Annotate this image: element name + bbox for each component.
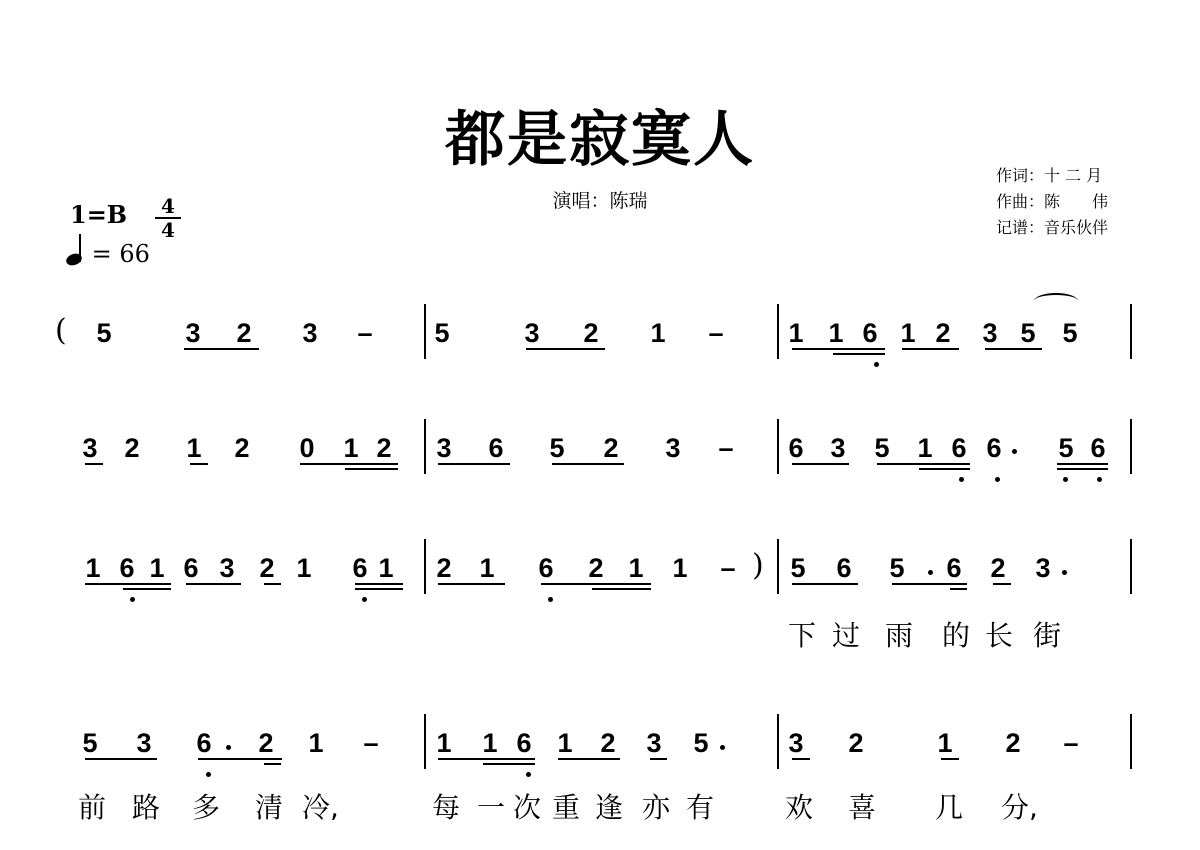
note: 6 (348, 553, 372, 583)
barline (777, 419, 779, 474)
sixteenth-underline (833, 353, 885, 355)
eighth-underline (877, 463, 970, 465)
sixteenth-underline (264, 763, 281, 765)
barline (777, 714, 779, 769)
low-octave-dot (548, 597, 553, 602)
time-signature: 4 4 (155, 196, 181, 240)
eighth-underline (355, 583, 403, 585)
sixteenth-underline (483, 763, 535, 765)
sustain-dash: – (1059, 728, 1083, 758)
note: 2 (230, 433, 254, 463)
note: 1 (553, 728, 577, 758)
sustain-dash: – (359, 728, 383, 758)
lyric-char: 前 (78, 792, 106, 824)
lyric-char: 雨 (885, 620, 913, 652)
sustain-dash: – (714, 433, 738, 463)
note: 5 (545, 433, 569, 463)
lyric-char: 有 (686, 792, 714, 824)
note: 1 (478, 728, 502, 758)
eighth-underline (558, 758, 620, 760)
lyric-char: 每 (432, 792, 460, 824)
note: 1 (933, 728, 957, 758)
note: 3 (978, 318, 1002, 348)
lyric-char: 分, (1001, 792, 1038, 824)
note: 6 (534, 553, 558, 583)
note: 5 (430, 318, 454, 348)
eighth-underline (902, 348, 959, 350)
note: 1 (784, 318, 808, 348)
note: 5 (689, 728, 713, 758)
eighth-underline (300, 463, 398, 465)
note: 5 (870, 433, 894, 463)
eighth-underline (190, 463, 208, 465)
note: 2 (120, 433, 144, 463)
lyric-char: 重 (552, 792, 580, 824)
note: 2 (432, 553, 456, 583)
note: 6 (784, 433, 808, 463)
note: 6 (512, 728, 536, 758)
sustain-dash: – (704, 318, 728, 348)
note: 1 (475, 553, 499, 583)
composer-credit: 作曲：陈 伟 (996, 189, 1108, 215)
note: 1 (182, 433, 206, 463)
note: 2 (579, 318, 603, 348)
eighth-underline (993, 583, 1011, 585)
sixteenth-underline (919, 468, 970, 470)
note: 6 (832, 553, 856, 583)
lyric-char: 多 (192, 792, 220, 824)
note: 1 (374, 553, 398, 583)
lyric-char: 喜 (848, 792, 876, 824)
barline (424, 714, 426, 769)
sixteenth-underline (950, 588, 967, 590)
note: 2 (584, 553, 608, 583)
note: 3 (132, 728, 156, 758)
note: 3 (661, 433, 685, 463)
note: 3 (298, 318, 322, 348)
barline (424, 539, 426, 594)
quarter-note-icon (66, 238, 84, 268)
eighth-underline (438, 463, 510, 465)
low-octave-dot (206, 772, 211, 777)
lyric-char: 欢 (785, 792, 813, 824)
augmentation-dot (1012, 449, 1017, 454)
eighth-underline (941, 758, 959, 760)
note: 1 (624, 553, 648, 583)
lyric-char: 过 (832, 620, 860, 652)
note: 1 (145, 553, 169, 583)
eighth-underline (792, 463, 849, 465)
lyric-char: 下 (788, 620, 816, 652)
tempo-marking: = 66 (66, 238, 150, 268)
lyric-char: 街 (1033, 620, 1061, 652)
augmentation-dot (720, 745, 725, 750)
low-octave-dot (1097, 477, 1102, 482)
sustain-dash: – (353, 318, 377, 348)
note: 1 (81, 553, 105, 583)
note: 1 (824, 318, 848, 348)
note: 5 (92, 318, 116, 348)
barline (1130, 539, 1132, 594)
eighth-underline (892, 583, 967, 585)
note: 3 (520, 318, 544, 348)
low-octave-dot (362, 597, 367, 602)
low-octave-dot (959, 477, 964, 482)
lyric-char: 冷, (302, 792, 339, 824)
note: 3 (181, 318, 205, 348)
credits-block: 作词：十 二 月 作曲：陈 伟 记谱：音乐伙伴 (996, 163, 1108, 241)
tie-slur (1034, 293, 1078, 309)
eighth-underline (792, 758, 810, 760)
eighth-underline (1057, 463, 1108, 465)
note: 5 (885, 553, 909, 583)
note: 2 (596, 728, 620, 758)
note: 6 (179, 553, 203, 583)
note: 6 (858, 318, 882, 348)
lyric-char: 亦 (642, 792, 670, 824)
low-octave-dot (130, 597, 135, 602)
eighth-underline (792, 348, 885, 350)
eighth-underline (184, 348, 259, 350)
barline (777, 539, 779, 594)
note: 1 (896, 318, 920, 348)
augmentation-dot (226, 745, 231, 750)
note: 2 (599, 433, 623, 463)
lyric-char: 次 (513, 792, 541, 824)
note: 6 (484, 433, 508, 463)
tempo-value: = 66 (92, 240, 150, 268)
barline (424, 304, 426, 359)
key-signature: 1=B (70, 200, 127, 229)
note: 6 (1086, 433, 1110, 463)
eighth-underline (650, 758, 667, 760)
note: 3 (1031, 553, 1055, 583)
barline (777, 304, 779, 359)
eighth-underline (552, 463, 624, 465)
note: 1 (913, 433, 937, 463)
lyric-char: 路 (132, 792, 160, 824)
sixteenth-underline (355, 588, 403, 590)
augmentation-dot (1062, 570, 1067, 575)
note: 0 (295, 433, 319, 463)
note: 5 (78, 728, 102, 758)
note: 1 (432, 728, 456, 758)
note: 1 (304, 728, 328, 758)
lyric-char: 逢 (595, 792, 623, 824)
note: 5 (1054, 433, 1078, 463)
lyric-char: 的 (942, 620, 970, 652)
lyric-char: 清 (255, 792, 283, 824)
note: 1 (646, 318, 670, 348)
note: 1 (339, 433, 363, 463)
barline (1130, 419, 1132, 474)
note: 3 (432, 433, 456, 463)
lyric-char: 几 (935, 792, 963, 824)
note: 5 (1058, 318, 1082, 348)
time-signature-bottom: 4 (155, 220, 181, 240)
note: 5 (1016, 318, 1040, 348)
repeat-parenthesis: ) (752, 551, 764, 581)
note: 2 (372, 433, 396, 463)
sustain-dash: – (716, 553, 740, 583)
note: 3 (642, 728, 666, 758)
note: 2 (931, 318, 955, 348)
low-octave-dot (874, 362, 879, 367)
eighth-underline (85, 583, 171, 585)
eighth-underline (85, 463, 103, 465)
sixteenth-underline (123, 588, 171, 590)
note: 6 (982, 433, 1006, 463)
low-octave-dot (1063, 477, 1068, 482)
eighth-underline (541, 583, 651, 585)
note: 3 (78, 433, 102, 463)
eighth-underline (526, 348, 605, 350)
note: 1 (668, 553, 692, 583)
eighth-underline (438, 758, 535, 760)
barline (1130, 714, 1132, 769)
eighth-underline (186, 583, 241, 585)
note: 2 (1001, 728, 1025, 758)
barline (424, 419, 426, 474)
eighth-underline (198, 758, 282, 760)
note: 6 (947, 433, 971, 463)
eighth-underline (985, 348, 1042, 350)
time-signature-top: 4 (155, 196, 181, 216)
eighth-underline (438, 583, 505, 585)
note: 3 (826, 433, 850, 463)
note: 2 (255, 553, 279, 583)
note: 2 (844, 728, 868, 758)
sixteenth-underline (345, 468, 398, 470)
sixteenth-underline (1057, 468, 1108, 470)
note: 6 (115, 553, 139, 583)
note: 1 (292, 553, 316, 583)
low-octave-dot (995, 477, 1000, 482)
note: 3 (215, 553, 239, 583)
sixteenth-underline (592, 588, 651, 590)
note: 6 (192, 728, 216, 758)
transcriber-credit: 记谱：音乐伙伴 (996, 215, 1108, 241)
lyric-char: 一 (477, 792, 505, 824)
eighth-underline (85, 758, 157, 760)
low-octave-dot (526, 772, 531, 777)
lyricist-credit: 作词：十 二 月 (996, 163, 1108, 189)
note: 5 (786, 553, 810, 583)
note: 3 (784, 728, 808, 758)
note: 2 (232, 318, 256, 348)
eighth-underline (792, 583, 858, 585)
lyric-char: 长 (985, 620, 1013, 652)
note: 2 (254, 728, 278, 758)
barline (1130, 304, 1132, 359)
repeat-parenthesis: ( (55, 316, 67, 346)
eighth-underline (264, 583, 281, 585)
note: 6 (942, 553, 966, 583)
augmentation-dot (928, 570, 933, 575)
note: 2 (986, 553, 1010, 583)
